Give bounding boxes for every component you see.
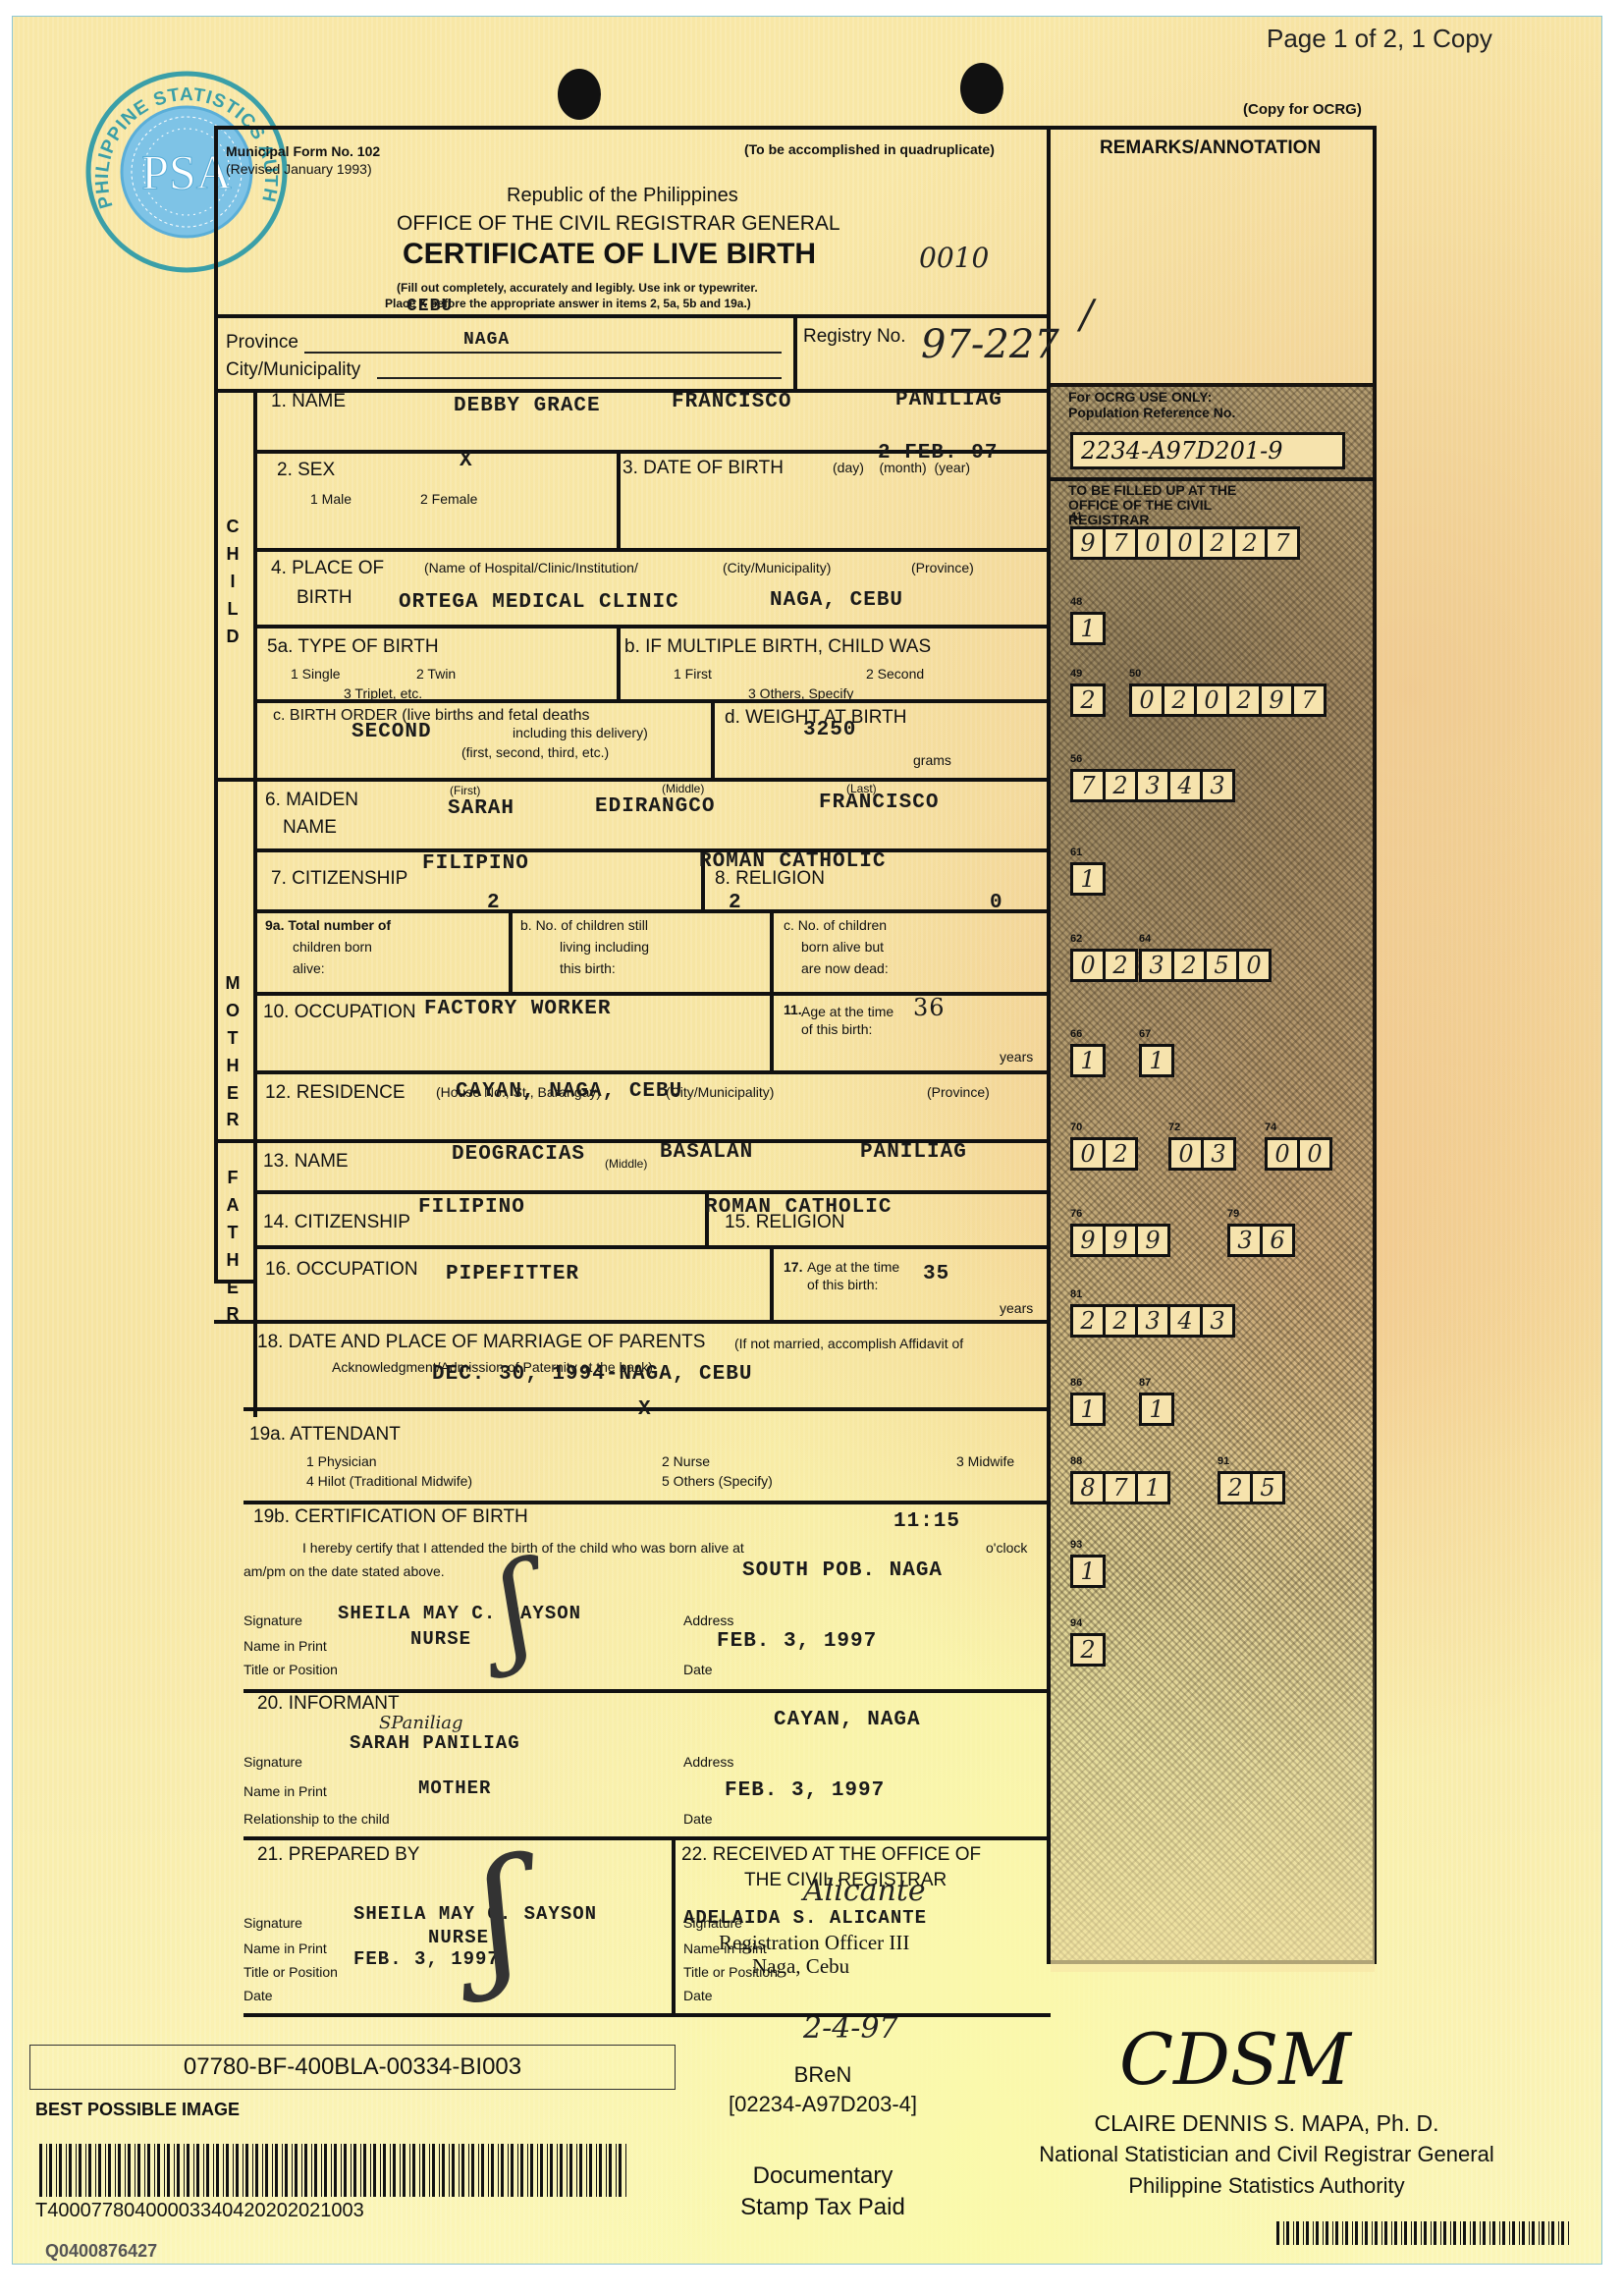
father-name-label: 13. NAME: [263, 1151, 349, 1173]
multiple-birth-label: b. IF MULTIPLE BIRTH, CHILD WAS: [624, 636, 931, 658]
attendant-option-midwife: 3 Midwife: [956, 1453, 1014, 1469]
father-first-name: DEOGRACIAS: [452, 1143, 585, 1166]
children-total-label-3: alive:: [293, 960, 325, 976]
residence-label: 12. RESIDENCE: [265, 1082, 406, 1104]
mother-last-name: FRANCISCO: [819, 792, 939, 814]
code-digit-box: 7: [1291, 683, 1326, 717]
official-block: CLAIRE DENNIS S. MAPA, Ph. D. National S…: [1011, 2107, 1522, 2202]
marriage-label: 18. DATE AND PLACE OF MARRIAGE OF PARENT…: [257, 1332, 705, 1353]
type-of-birth-label: 5a. TYPE OF BIRTH: [267, 636, 439, 658]
father-occupation-value: PIPEFITTER: [446, 1263, 579, 1285]
mother-sub-first: (First): [450, 784, 480, 797]
child-first-name: DEBBY GRACE: [454, 395, 601, 417]
pob-label-1: 4. PLACE OF: [271, 558, 384, 579]
best-possible-image: BEST POSSIBLE IMAGE: [35, 2100, 240, 2120]
sex-label: 2. SEX: [277, 460, 335, 481]
code-digit-box: 8: [1070, 1471, 1106, 1504]
father-age-value: 35: [923, 1263, 949, 1285]
registry-value: 97-227: [921, 322, 1059, 367]
code-digit-box: 1: [1139, 1044, 1174, 1077]
population-reference-number: 2234-A97D201-9: [1070, 432, 1345, 469]
birth-order-value: SECOND: [352, 721, 432, 743]
children-dead-label-3: are now dead:: [801, 960, 889, 976]
code-label-94: 94: [1070, 1617, 1082, 1629]
code-digit-box: 0: [1129, 683, 1164, 717]
mother-occupation-label: 10. OCCUPATION: [263, 1002, 416, 1023]
code-field-72: 03: [1171, 1137, 1236, 1171]
stamp-line-2: Stamp Tax Paid: [705, 2192, 941, 2223]
code-digit-box: 9: [1070, 1224, 1106, 1257]
received-signature-label: Signature: [683, 1915, 742, 1931]
page-count: Page 1 of 2, 1 Copy: [1267, 24, 1492, 54]
code-digit-box: 2: [1070, 1304, 1106, 1338]
code-field-48: 1: [1073, 612, 1106, 645]
code-label-87: 87: [1139, 1377, 1151, 1389]
code-label-64: 64: [1139, 933, 1151, 945]
marriage-value: DEC. 30, 1994-NAGA, CEBU: [432, 1363, 752, 1386]
child-last-name: PANILIAG: [895, 389, 1002, 411]
certification-date-label: Date: [683, 1662, 713, 1677]
code-digit-box: 2: [1226, 683, 1262, 717]
barcode-number: T40007780400003340420202021003: [35, 2200, 364, 2222]
code-digit-box: 0: [1265, 1137, 1300, 1171]
birth-certificate-form: Municipal Form No. 102 (Revised January …: [214, 126, 1051, 1964]
code-field-56: 72343: [1073, 769, 1235, 802]
pob-sub-province: (Province): [911, 560, 974, 575]
code-label-70: 70: [1070, 1121, 1082, 1133]
informant-name-value: SARAH PANILIAG: [350, 1732, 520, 1754]
mother-age-number: 11.: [784, 1002, 802, 1017]
form-number: Municipal Form No. 102: [226, 143, 380, 159]
code-digit-box: 5: [1250, 1471, 1285, 1504]
mother-age-value: 36: [913, 994, 946, 1021]
received-name-label: Name in Print: [683, 1941, 767, 1956]
mother-section-label: MOTHER: [222, 970, 244, 1134]
code-digit-box: 0: [1135, 526, 1170, 560]
copy-for-ocrg: (Copy for OCRG): [1243, 101, 1362, 118]
barcode-icon: [39, 2144, 628, 2197]
code-digit-box: 2: [1171, 949, 1207, 982]
code-digit-box: 6: [1260, 1224, 1295, 1257]
code-field-41: 9700227: [1073, 526, 1300, 560]
bren-block: BReN [02234-A97D203-4]: [725, 2060, 921, 2119]
code-digit-box: 3: [1135, 1304, 1170, 1338]
fill-up-label: TO BE FILLED UP AT THE OFFICE OF THE CIV…: [1068, 483, 1284, 527]
code-digit-box: 2: [1200, 526, 1235, 560]
children-living-value: 2: [729, 892, 742, 914]
certification-date-value: FEB. 3, 1997: [717, 1630, 877, 1653]
code-digit-box: 2: [1070, 683, 1106, 717]
code-label-93: 93: [1070, 1539, 1082, 1551]
remarks-mark: /: [1080, 293, 1093, 338]
quadruplicate-note: (To be accomplished in quadruplicate): [744, 141, 995, 157]
stamp-line-1: Documentary: [705, 2160, 941, 2192]
dob-label: 3. DATE OF BIRTH: [623, 458, 784, 479]
code-field-50: 020297: [1132, 683, 1326, 717]
certification-name-label: Name in Print: [244, 1638, 327, 1654]
father-age-number: 17.: [784, 1259, 802, 1275]
children-dead-label-2: born alive but: [801, 939, 884, 955]
certification-title-value: NURSE: [410, 1628, 471, 1650]
attendant-option-physician: 1 Physician: [306, 1453, 377, 1469]
children-total-value: 2: [487, 892, 501, 914]
father-middle-name: BASALAN: [660, 1141, 753, 1164]
mother-middle-name: EDIRANGCO: [595, 795, 715, 818]
children-living-label: b. No. of children still: [520, 917, 648, 933]
punch-hole-left: [558, 69, 601, 120]
informant-relationship-value: MOTHER: [418, 1777, 491, 1799]
certification-oclock: o'clock: [986, 1540, 1027, 1556]
code-digit-box: 1: [1070, 612, 1106, 645]
weight-unit: grams: [913, 752, 951, 768]
prepared-by-date-label: Date: [244, 1988, 273, 2003]
prepared-by-date-value: FEB. 3, 1997: [353, 1948, 500, 1970]
province-label: Province: [226, 332, 298, 354]
attendant-option-others: 5 Others (Specify): [662, 1473, 773, 1489]
code-field-62: 02: [1073, 949, 1138, 982]
pob-label-2: BIRTH: [297, 587, 352, 609]
code-label-50: 50: [1129, 668, 1141, 680]
child-name-label: 1. NAME: [271, 391, 346, 412]
father-age-label-2: of this birth:: [807, 1277, 878, 1292]
code-field-86: 1: [1073, 1393, 1106, 1426]
code-label-61: 61: [1070, 847, 1082, 858]
code-digit-box: 0: [1167, 526, 1203, 560]
code-digit-box: 1: [1070, 1393, 1106, 1426]
code-label-81: 81: [1070, 1288, 1082, 1300]
informant-relationship-label: Relationship to the child: [244, 1811, 390, 1827]
attendant-option-nurse: 2 Nurse: [662, 1453, 710, 1469]
ocrg-label-1: For OCRG USE ONLY:: [1068, 389, 1212, 405]
prepared-by-name-label: Name in Print: [244, 1941, 327, 1956]
handwritten-mark: 0010: [919, 242, 989, 274]
code-digit-box: 3: [1139, 949, 1174, 982]
prepared-by-name-value: SHEILA MAY C. SAYSON: [353, 1903, 597, 1925]
code-digit-box: 2: [1103, 1137, 1138, 1171]
pob-value: ORTEGA MEDICAL CLINIC: [399, 591, 679, 614]
certification-text-1: I hereby certify that I attended the bir…: [302, 1540, 744, 1556]
maiden-label-1: 6. MAIDEN: [265, 790, 358, 811]
sex-value: X: [460, 450, 473, 472]
received-label-1: 22. RECEIVED AT THE OFFICE OF: [681, 1844, 981, 1866]
code-field-49: 2: [1073, 683, 1106, 717]
certification-address-label: Address: [683, 1613, 733, 1628]
code-digit-box: 2: [1103, 1304, 1138, 1338]
certification-text-2: am/pm on the date stated above.: [244, 1563, 445, 1579]
code-field-93: 1: [1073, 1555, 1106, 1588]
informant-address-label: Address: [683, 1754, 733, 1770]
code-label-66: 66: [1070, 1028, 1082, 1040]
code-digit-box: 3: [1200, 1304, 1235, 1338]
registrar-signature: Alicante: [803, 1874, 926, 1908]
code-digit-box: 2: [1103, 949, 1138, 982]
official-name: CLAIRE DENNIS S. MAPA, Ph. D.: [1011, 2107, 1522, 2139]
code-digit-box: 0: [1070, 949, 1106, 982]
informant-date-value: FEB. 3, 1997: [725, 1779, 885, 1802]
code-digit-box: 5: [1204, 949, 1239, 982]
code-digit-box: 3: [1227, 1224, 1263, 1257]
code-digit-box: 2: [1232, 526, 1268, 560]
code-digit-box: 0: [1168, 1137, 1204, 1171]
code-digit-box: 3: [1201, 1137, 1236, 1171]
father-sub-middle: (Middle): [605, 1157, 647, 1171]
sex-option-female: 2 Female: [420, 491, 477, 507]
certification-signature-label: Signature: [244, 1613, 302, 1628]
republic-text: Republic of the Philippines: [507, 185, 738, 207]
certification-name-value: SHEILA MAY C. SAYSON: [338, 1603, 581, 1624]
birth-order-label-3: (first, second, third, etc.): [461, 744, 609, 760]
certificate-title: CERTIFICATE OF LIVE BIRTH: [403, 238, 816, 271]
code-field-88: 871: [1073, 1471, 1170, 1504]
children-dead-value: 0: [990, 892, 1003, 914]
received-date-label: Date: [683, 1988, 713, 2003]
code-label-62: 62: [1070, 933, 1082, 945]
multiple-option-second: 2 Second: [866, 666, 924, 682]
code-digit-box: 0: [1194, 683, 1229, 717]
registry-label: Registry No.: [803, 326, 906, 348]
certification-title-label: Title or Position: [244, 1662, 338, 1677]
code-digit-box: 9: [1070, 526, 1106, 560]
code-label-91: 91: [1218, 1455, 1229, 1467]
prepared-by-title-value: NURSE: [428, 1927, 489, 1948]
mother-age-label: Age at the time: [801, 1004, 893, 1019]
remarks-title: REMARKS/ANNOTATION: [1100, 137, 1321, 159]
mother-religion-value: ROMAN CATHOLIC: [699, 850, 886, 873]
children-living-label-2: living including: [560, 939, 649, 955]
sex-option-male: 1 Male: [310, 491, 352, 507]
control-code: 07780-BF-400BLA-00334-BI003: [29, 2045, 676, 2090]
code-digit-box: 7: [1265, 526, 1300, 560]
code-field-87: 1: [1142, 1393, 1174, 1426]
code-digit-box: 0: [1236, 949, 1272, 982]
documentary-stamp: Documentary Stamp Tax Paid: [705, 2160, 941, 2223]
code-digit-box: 0: [1070, 1137, 1106, 1171]
code-label-67: 67: [1139, 1028, 1151, 1040]
code-label-72: 72: [1168, 1121, 1180, 1133]
mother-age-unit: years: [1000, 1049, 1033, 1065]
code-label-74: 74: [1265, 1121, 1276, 1133]
children-total-label-2: children born: [293, 939, 372, 955]
father-section-label: FATHER: [222, 1165, 244, 1329]
father-last-name: PANILIAG: [860, 1141, 967, 1164]
marriage-note: (If not married, accomplish Affidavit of: [734, 1336, 963, 1351]
q-number: Q0400876427: [45, 2241, 157, 2262]
weight-value: 3250: [803, 719, 856, 741]
code-label-48: 48: [1070, 596, 1082, 608]
informant-date-label: Date: [683, 1811, 713, 1827]
code-digit-box: 2: [1218, 1471, 1253, 1504]
code-digit-box: 4: [1167, 1304, 1203, 1338]
instructions-line-1: (Fill out completely, accurately and leg…: [397, 281, 758, 295]
code-digit-box: 9: [1103, 1224, 1138, 1257]
residence-value: CAYAN, NAGA, CEBU: [456, 1080, 682, 1103]
father-citizenship-value: FILIPINO: [418, 1196, 525, 1219]
punch-hole-right: [960, 63, 1003, 114]
father-age-label: Age at the time: [807, 1259, 899, 1275]
prepared-by-title-label: Title or Position: [244, 1964, 338, 1980]
residence-sub-province: (Province): [927, 1084, 990, 1100]
mother-age-label-2: of this birth:: [801, 1021, 872, 1037]
code-digit-box: 7: [1103, 526, 1138, 560]
prepared-by-label: 21. PREPARED BY: [257, 1844, 419, 1866]
multiple-option-first: 1 First: [674, 666, 712, 682]
registrar-general-signature: CDSM: [1119, 2018, 1351, 2101]
certification-address-value: SOUTH POB. NAGA: [742, 1559, 943, 1582]
code-field-91: 25: [1220, 1471, 1285, 1504]
informant-label: 20. INFORMANT: [257, 1693, 400, 1715]
code-label-86: 86: [1070, 1377, 1082, 1389]
father-occupation-label: 16. OCCUPATION: [265, 1259, 418, 1281]
code-digit-box: 1: [1135, 1471, 1170, 1504]
code-field-94: 2: [1073, 1633, 1106, 1667]
remarks-column: REMARKS/ANNOTATION / For OCRG USE ONLY: …: [1051, 126, 1375, 1964]
code-digit-box: 7: [1103, 1471, 1138, 1504]
form-revised: (Revised January 1993): [226, 161, 372, 177]
code-digit-box: 2: [1070, 1633, 1106, 1667]
father-religion-value: ROMAN CATHOLIC: [705, 1196, 892, 1219]
type-option-single: 1 Single: [291, 666, 341, 682]
mother-citizenship-value: FILIPINO: [422, 852, 529, 875]
official-title: National Statistician and Civil Registra…: [1011, 2139, 1522, 2170]
office-text: OFFICE OF THE CIVIL REGISTRAR GENERAL: [397, 212, 840, 236]
code-digit-box: 1: [1070, 1044, 1106, 1077]
received-title-label: Title or Position: [683, 1964, 778, 1980]
type-option-twin: 2 Twin: [416, 666, 456, 682]
informant-address-value: CAYAN, NAGA: [774, 1709, 921, 1731]
code-digit-box: 1: [1070, 1555, 1106, 1588]
pob-sub-facility: (Name of Hospital/Clinic/Institution/: [424, 560, 638, 575]
pob-city-province: NAGA, CEBU: [770, 589, 903, 612]
small-barcode-icon: [1276, 2221, 1571, 2245]
maiden-label-2: NAME: [283, 817, 337, 839]
informant-name-label: Name in Print: [244, 1783, 327, 1799]
code-field-66: 1: [1073, 1044, 1106, 1077]
ocrg-label-2: Population Reference No.: [1068, 405, 1235, 420]
code-label-79: 79: [1227, 1208, 1239, 1220]
prepared-by-signature-label: Signature: [244, 1915, 302, 1931]
code-digit-box: 2: [1103, 769, 1138, 802]
father-age-unit: years: [1000, 1300, 1033, 1316]
dob-value: 2 FEB. 97: [878, 442, 998, 465]
code-digit-box: 4: [1167, 769, 1203, 802]
attendant-value: X: [638, 1398, 652, 1421]
code-digit-box: 3: [1200, 769, 1235, 802]
code-field-74: 00: [1268, 1137, 1332, 1171]
code-digit-box: 1: [1139, 1393, 1174, 1426]
city-label: City/Municipality: [226, 359, 360, 381]
informant-signature-label: Signature: [244, 1754, 302, 1770]
province-value: CEBU: [406, 297, 453, 316]
code-label-41: 41: [1070, 511, 1082, 522]
code-field-76: 999: [1073, 1224, 1170, 1257]
bren-value: [02234-A97D203-4]: [725, 2090, 921, 2119]
code-digit-box: 9: [1135, 1224, 1170, 1257]
code-digit-box: 9: [1259, 683, 1294, 717]
birth-order-label-2: including this delivery): [513, 725, 648, 740]
child-middle-name: FRANCISCO: [672, 391, 791, 413]
code-field-61: 1: [1073, 862, 1106, 896]
code-label-76: 76: [1070, 1208, 1082, 1220]
children-living-label-3: this birth:: [560, 960, 616, 976]
certification-label: 19b. CERTIFICATION OF BIRTH: [253, 1506, 528, 1528]
children-dead-label: c. No. of children: [784, 917, 887, 933]
bren-label: BReN: [725, 2060, 921, 2090]
code-field-67: 1: [1142, 1044, 1174, 1077]
father-citizenship-label: 14. CITIZENSHIP: [263, 1212, 410, 1233]
mother-sub-middle: (Middle): [662, 782, 704, 795]
code-label-49: 49: [1070, 668, 1082, 680]
mother-occupation-value: FACTORY WORKER: [424, 998, 611, 1020]
child-section-label: CHILD: [222, 514, 244, 650]
children-total-label: 9a. Total number of: [265, 917, 391, 933]
code-digit-box: 3: [1135, 769, 1170, 802]
code-field-79: 36: [1230, 1224, 1295, 1257]
informant-signature: SPaniliag: [379, 1713, 462, 1733]
code-field-64: 3250: [1142, 949, 1272, 982]
code-label-56: 56: [1070, 753, 1082, 765]
attendant-option-hilot: 4 Hilot (Traditional Midwife): [306, 1473, 472, 1489]
code-digit-box: 7: [1070, 769, 1106, 802]
code-label-88: 88: [1070, 1455, 1082, 1467]
code-digit-box: 2: [1162, 683, 1197, 717]
city-value: NAGA: [463, 330, 510, 350]
birth-time-value: 11:15: [893, 1510, 960, 1533]
code-field-81: 22343: [1073, 1304, 1235, 1338]
official-org: Philippine Statistics Authority: [1011, 2170, 1522, 2202]
attendant-label: 19a. ATTENDANT: [249, 1424, 401, 1446]
code-digit-box: 1: [1070, 862, 1106, 896]
mother-first-name: SARAH: [448, 797, 514, 820]
code-digit-box: 0: [1297, 1137, 1332, 1171]
mother-citizenship-label: 7. CITIZENSHIP: [271, 868, 407, 890]
code-field-70: 02: [1073, 1137, 1138, 1171]
pob-sub-city: (City/Municipality): [723, 560, 831, 575]
